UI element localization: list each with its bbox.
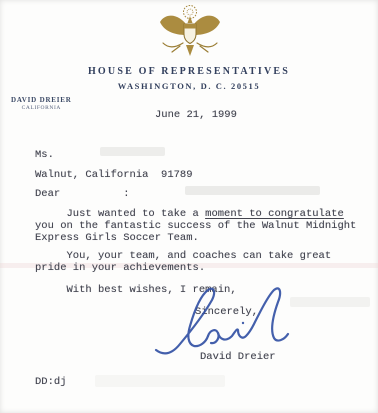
body-p1-line2: you on the fantastic success of the Waln… <box>35 221 356 232</box>
redaction-smudge-salutation <box>185 186 320 195</box>
member-name-block: DAVID DREIER CALIFORNIA <box>11 96 72 111</box>
address-line-1: Ms. <box>35 150 54 161</box>
great-seal-eagle-icon <box>158 3 222 63</box>
member-state: CALIFORNIA <box>11 105 72 111</box>
body-p1-line1-underlined: moment to congratulate <box>205 208 344 220</box>
body-p1-line1: Just wanted to take a moment to congratu… <box>35 209 344 220</box>
address-line-2: Walnut, California 91789 <box>35 170 193 181</box>
member-name: DAVID DREIER <box>11 96 72 104</box>
handwritten-signature <box>150 286 290 366</box>
scanned-letter-page: HOUSE OF REPRESENTATIVES WASHINGTON, D. … <box>0 0 378 413</box>
letterhead-org-line2: WASHINGTON, D. C. 20515 <box>0 81 378 91</box>
body-p1-line1-pre: Just wanted to take a <box>35 208 205 220</box>
reference-initials: DD:dj <box>35 377 67 388</box>
letterhead-org-line1: HOUSE OF REPRESENTATIVES <box>0 66 378 77</box>
scan-smudge-footer <box>95 375 225 387</box>
body-p2-line1: You, your team, and coaches can take gre… <box>35 251 331 262</box>
salutation-line: Dear : <box>35 189 130 200</box>
body-p2-line2: pride in your achievements. <box>35 263 205 274</box>
body-p1-line3: Express Girls Soccer Team. <box>35 233 199 244</box>
scan-streak-gray <box>290 297 370 307</box>
date-line: June 21, 1999 <box>155 110 237 121</box>
redaction-smudge-name <box>100 147 165 156</box>
